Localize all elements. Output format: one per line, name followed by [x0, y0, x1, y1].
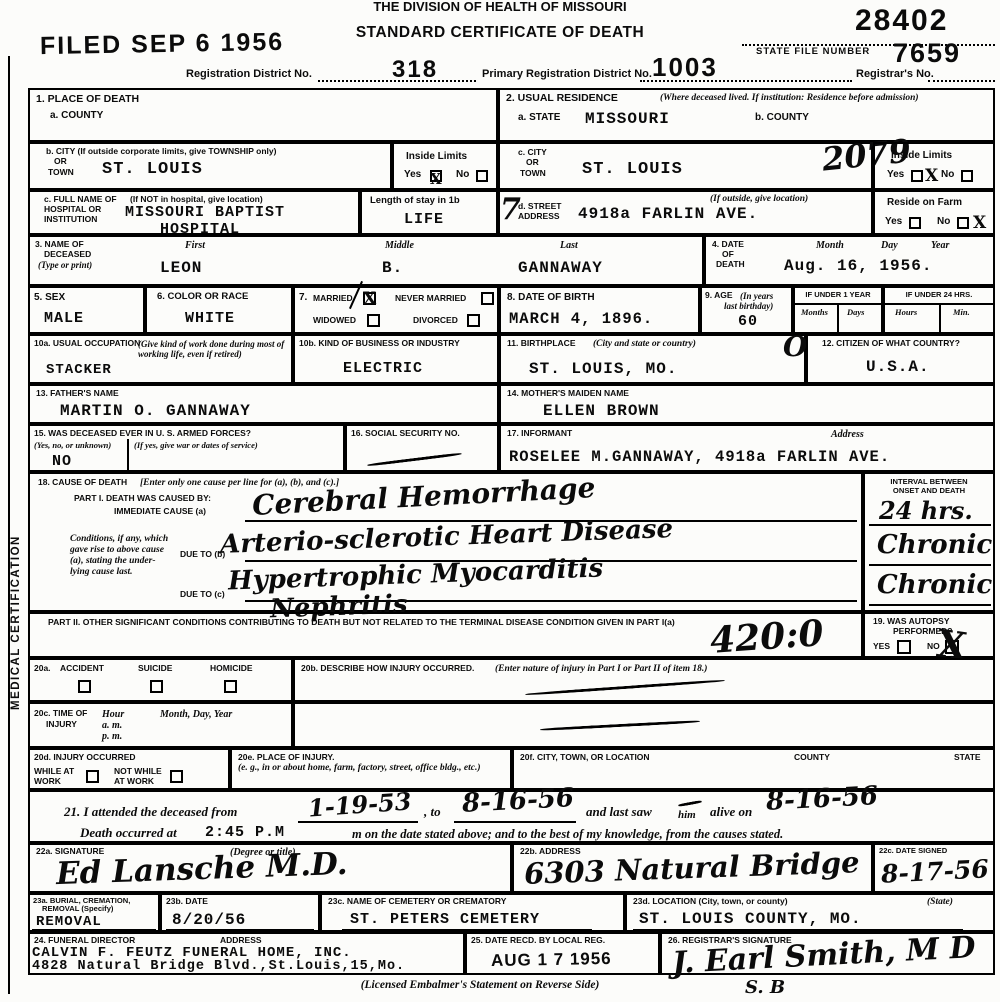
box-inside-limits-2c: Inside Limits Yes X No	[873, 142, 995, 190]
no-checkbox	[961, 170, 973, 182]
interval-line	[869, 604, 991, 606]
married-label: MARRIED	[313, 294, 353, 304]
attestation-text-4: alive on	[710, 804, 752, 820]
burial-date-label: 23b. DATE	[166, 897, 208, 907]
length-of-stay-value: LIFE	[404, 211, 444, 228]
box-date-of-birth: 8. DATE OF BIRTH MARCH 4, 1896.	[499, 286, 700, 334]
attestation-text-5: Death occurred at	[80, 825, 177, 841]
hw-interval-b: Chronic	[877, 530, 992, 560]
box-if-under-1-year: IF UNDER 1 YEAR Months Days	[793, 286, 883, 334]
box-accident-suicide-homicide: 20a. ACCIDENT SUICIDE HOMICIDE	[28, 658, 293, 702]
hw-last-seen: 8-16-56	[765, 781, 878, 817]
city-of-death-value: ST. LOUIS	[102, 160, 203, 179]
hw-attended-to: 8-16-56	[461, 783, 574, 819]
fill-line	[32, 973, 452, 975]
box-place-of-death: 1. PLACE OF DEATH a. COUNTY	[28, 88, 498, 142]
informant-label: 17. INFORMANT	[507, 429, 572, 439]
box20a-num: 20a.	[34, 664, 51, 674]
burial-location-value: ST. LOUIS COUNTY, MO.	[639, 910, 862, 928]
injury-county-label: COUNTY	[794, 753, 830, 763]
box-date-of-death: 4. DATE OF DEATH Month Day Year Aug. 16,…	[704, 235, 995, 286]
residence-state-label: a. STATE	[518, 112, 560, 123]
box-birthplace: 11. BIRTHPLACE (City and state or countr…	[499, 334, 806, 384]
fathers-name-label: 13. FATHER'S NAME	[36, 389, 119, 399]
at-work-label: AT WORK	[114, 777, 154, 787]
cemetery-value: ST. PETERS CEMETERY	[350, 911, 540, 928]
last-name-value: GANNAWAY	[518, 259, 603, 277]
describe-injury-hint: (Enter nature of injury in Part I or Par…	[495, 664, 707, 674]
middle-name-value: B.	[382, 259, 403, 277]
scribble-mark	[678, 800, 702, 807]
age-value: 60	[738, 313, 758, 330]
inside-limits-mark: X	[925, 166, 938, 186]
county-label: a. COUNTY	[50, 110, 103, 121]
box-attestation: 21. I attended the deceased from 1-19-53…	[28, 790, 995, 843]
embalmer-note: (Licensed Embalmer's Statement on Revers…	[250, 979, 710, 991]
business-label: 10b. KIND OF BUSINESS OR INDUSTRY	[299, 339, 460, 349]
box-length-of-stay: Length of stay in 1b LIFE	[360, 190, 498, 235]
fill-line	[342, 929, 592, 931]
box-if-under-24-hrs: IF UNDER 24 HRS. Hours Min.	[883, 286, 995, 334]
informant-address-label: Address	[831, 429, 864, 440]
burial-type-value: REMOVAL	[36, 914, 102, 930]
date-of-death-value: Aug. 16, 1956.	[784, 257, 932, 275]
time-of-injury-label-2: INJURY	[46, 720, 77, 730]
first-name-value: LEON	[160, 259, 202, 277]
box-hospital-name: c. FULL NAME OF (If NOT in hospital, giv…	[28, 190, 360, 235]
hw-interval-c: Chronic	[877, 570, 992, 600]
widowed-checkbox	[367, 314, 380, 327]
date-signed-label: 22c. DATE SIGNED	[879, 847, 947, 856]
business-value: ELECTRIC	[343, 360, 423, 377]
hospital-value-line1: MISSOURI BAPTIST	[125, 204, 285, 221]
death-certificate-sheet: FILED SEP 6 1956 THE DIVISION OF HEALTH …	[0, 0, 1000, 1002]
hw-part2-entry: 420:0	[709, 612, 825, 662]
time-of-injury-label-1: 20c. TIME OF	[34, 709, 87, 719]
box-place-of-injury: 20e. PLACE OF INJURY. (e. g., in or abou…	[230, 748, 512, 790]
yes-label: Yes	[404, 169, 421, 180]
box-date-received: 25. DATE RECD. BY LOCAL REG. AUG 1 7 195…	[465, 932, 660, 975]
inside-limits-label: Inside Limits	[891, 150, 952, 161]
accident-checkbox	[78, 680, 91, 693]
fill-line	[166, 929, 314, 931]
color-race-value: WHITE	[185, 310, 235, 327]
box-cemetery-name: 23c. NAME OF CEMETERY OR CREMATORY ST. P…	[320, 893, 625, 932]
divider-line	[939, 303, 941, 332]
while-at-work-checkbox	[86, 770, 99, 783]
hours-label: Hours	[895, 307, 917, 317]
box-usual-occupation: 10a. USUAL OCCUPATION (Give kind of work…	[28, 334, 293, 384]
part1-label: PART I. DEATH WAS CAUSED BY:	[74, 494, 211, 504]
funeral-home-address-value: 4828 Natural Bridge Blvd.,St.Louis,15,Mo…	[32, 959, 405, 974]
medical-certification-side-label: MEDICAL CERTIFICATION	[10, 558, 22, 710]
age-label: 9. AGE	[705, 291, 733, 301]
residence-county-label: b. COUNTY	[755, 112, 809, 123]
date-of-birth-value: MARCH 4, 1896.	[509, 310, 653, 328]
yes-label: Yes	[885, 216, 902, 227]
due-to-b-label: DUE TO (b)	[180, 550, 225, 560]
armed-forces-hint-1: (Yes, no, or unknown)	[34, 440, 111, 450]
occupation-value: STACKER	[46, 362, 112, 378]
divorced-label: DIVORCED	[413, 316, 458, 326]
box-physician-address: 22b. ADDRESS 6303 Natural Bridge	[512, 843, 873, 893]
box-burial-type: 23a. BURIAL, CREMATION, REMOVAL (Specify…	[28, 893, 160, 932]
attestation-text-2: , to	[424, 804, 441, 820]
color-race-label: 6. COLOR OR RACE	[157, 292, 248, 303]
usual-residence-label: 2. USUAL RESIDENCE	[506, 93, 618, 105]
handwritten-dash	[367, 452, 462, 467]
year-label: Year	[931, 240, 949, 251]
under-24-hrs-label: IF UNDER 24 HRS.	[885, 291, 993, 300]
box-time-of-injury-entry	[293, 702, 995, 748]
describe-injury-label: 20b. DESCRIBE HOW INJURY OCCURRED.	[301, 664, 474, 674]
box-marital-status: 7. MARRIED X NEVER MARRIED WIDOWED DIVOR…	[293, 286, 499, 334]
last-label: Last	[560, 240, 578, 251]
fill-line	[454, 821, 576, 823]
box-burial-location: 23d. LOCATION (City, town, or county) (S…	[625, 893, 995, 932]
place-of-injury-label: 20e. PLACE OF INJURY.	[238, 753, 335, 763]
hospital-label3: INSTITUTION	[44, 215, 97, 225]
box-cause-of-death: 18. CAUSE OF DEATH [Enter only one cause…	[28, 472, 863, 612]
autopsy-yes-label: YES	[873, 642, 890, 652]
stamped-number: 28402	[855, 4, 948, 38]
primary-district-value: 1003	[652, 52, 718, 83]
interval-line	[869, 524, 991, 526]
box-citizen: 12. CITIZEN OF WHAT COUNTRY? U.S.A.	[806, 334, 995, 384]
city-of-death-label: b. CITY (If outside corporate limits, gi…	[46, 147, 276, 157]
never-married-checkbox	[481, 292, 494, 305]
inside-limits-label: Inside Limits	[406, 151, 467, 162]
box-reside-on-farm: Reside on Farm Yes No X	[873, 190, 995, 235]
or-label: OR	[54, 157, 67, 167]
hw-date-signed: 8-17-56	[880, 854, 989, 889]
hour-label: Hour	[102, 709, 124, 720]
work-label: WORK	[34, 777, 61, 787]
hw-registrar-initials: S. B	[745, 977, 785, 998]
not-while-at-work-checkbox	[170, 770, 183, 783]
sex-label: 5. SEX	[34, 292, 65, 303]
box-mothers-maiden-name: 14. MOTHER'S MAIDEN NAME ELLEN BROWN	[499, 384, 995, 424]
attestation-text-6: m on the date stated above; and to the b…	[352, 827, 783, 842]
box-usual-residence: 2. USUAL RESIDENCE (Where deceased lived…	[498, 88, 995, 142]
date-of-death-label-3: DEATH	[716, 260, 745, 270]
never-married-label: NEVER MARRIED	[395, 294, 466, 304]
birthplace-label: 11. BIRTHPLACE	[507, 339, 576, 349]
box-residence-city: c. CITY OR TOWN ST. LOUIS 2079	[498, 142, 873, 190]
town-label: TOWN	[520, 169, 546, 179]
no-label: No	[937, 216, 950, 227]
box-part2: PART II. OTHER SIGNIFICANT CONDITIONS CO…	[28, 612, 863, 658]
dotted-line	[928, 80, 995, 82]
birthplace-value: ST. LOUIS, MO.	[529, 360, 677, 378]
pm-label: p. m.	[102, 731, 122, 742]
date-received-label: 25. DATE RECD. BY LOCAL REG.	[471, 936, 605, 946]
injury-state-label: STATE	[954, 753, 981, 763]
box-interval: INTERVAL BETWEEN ONSET AND DEATH 24 hrs.…	[863, 472, 995, 612]
box-registrar-signature: 26. REGISTRAR'S SIGNATURE J. Earl Smith,…	[660, 932, 995, 975]
registration-district-value: 318	[392, 56, 438, 84]
box-city-of-death: b. CITY (If outside corporate limits, gi…	[28, 142, 392, 190]
yes-checkbox	[909, 217, 921, 229]
citizen-label: 12. CITIZEN OF WHAT COUNTRY?	[822, 339, 960, 349]
sex-value: MALE	[44, 310, 84, 327]
box-physician-signature: 22a. SIGNATURE (Degree or title) Ed Lans…	[28, 843, 512, 893]
handwritten-dash	[540, 720, 700, 731]
him-label: him	[678, 809, 696, 821]
box-injury-city: 20f. CITY, TOWN, OR LOCATION COUNTY STAT…	[512, 748, 995, 790]
first-label: First	[185, 240, 205, 251]
mothers-name-value: ELLEN BROWN	[543, 402, 660, 420]
street-hint: (If outside, give location)	[710, 194, 808, 204]
burial-label-2: REMOVAL (Specify)	[42, 905, 113, 914]
divider-line	[837, 303, 839, 332]
occupation-label: 10a. USUAL OCCUPATION	[34, 339, 140, 349]
filed-date-stamp: FILED SEP 6 1956	[40, 28, 285, 61]
box-injury-occurred: 20d. INJURY OCCURRED WHILE AT WORK NOT W…	[28, 748, 230, 790]
box-autopsy: 19. WAS AUTOPSY PERFORMED? YES NO X	[863, 612, 995, 658]
place-of-death-label: 1. PLACE OF DEATH	[36, 94, 139, 106]
box-funeral-director: 24. FUNERAL DIRECTOR ADDRESS CALVIN F. F…	[28, 932, 465, 975]
fill-line	[633, 929, 963, 931]
length-of-stay-label: Length of stay in 1b	[370, 196, 460, 207]
registrar-no-label: Registrar's No.	[856, 68, 934, 80]
mothers-name-label: 14. MOTHER'S MAIDEN NAME	[507, 389, 629, 399]
yes-label: Yes	[887, 169, 904, 180]
birthplace-hint: (City and state or country)	[593, 339, 696, 349]
box-inside-limits-1b: Inside Limits Yes X No	[392, 142, 498, 190]
attestation-text-1: 21. I attended the deceased from	[64, 804, 237, 820]
state-file-number-value: 7659	[893, 38, 961, 69]
death-time-value: 2:45 P.M	[205, 824, 285, 841]
no-checkbox	[476, 170, 488, 182]
box-burial-date: 23b. DATE 8/20/56	[160, 893, 320, 932]
box-age: 9. AGE (In years last birthday) 60	[700, 286, 793, 334]
armed-forces-hint-2: (If yes, give war or dates of service)	[134, 440, 258, 450]
box-armed-forces: 15. WAS DECEASED EVER IN U. S. ARMED FOR…	[28, 424, 345, 472]
min-label: Min.	[953, 307, 970, 317]
suicide-label: SUICIDE	[138, 664, 172, 674]
under-1-year-label: IF UNDER 1 YEAR	[795, 291, 881, 300]
homicide-checkbox	[224, 680, 237, 693]
handwritten-o-mark: O	[783, 330, 807, 363]
name-label-3: (Type or print)	[38, 260, 92, 270]
date-received-stamp: AUG 1 7 1956	[491, 949, 612, 971]
fathers-name-value: MARTIN O. GANNAWAY	[60, 402, 251, 420]
state-hint: (State)	[927, 897, 953, 907]
reside-on-farm-label: Reside on Farm	[887, 197, 962, 208]
box-business-industry: 10b. KIND OF BUSINESS OR INDUSTRY ELECTR…	[293, 334, 499, 384]
autopsy-yes-checkbox	[897, 640, 911, 654]
injury-occurred-label: 20d. INJURY OCCURRED	[34, 753, 136, 763]
month-day-year-label: Month, Day, Year	[160, 709, 232, 720]
box-sex: 5. SEX MALE	[28, 286, 145, 334]
burial-location-label: 23d. LOCATION (City, town, or county)	[633, 897, 788, 907]
street-address-value: 4918a FARLIN AVE.	[578, 205, 758, 223]
interval-label-2: ONSET AND DEATH	[865, 487, 993, 496]
middle-label: Middle	[385, 240, 414, 251]
homicide-label: HOMICIDE	[210, 664, 253, 674]
months-label: Months	[801, 307, 828, 317]
armed-forces-value: NO	[52, 453, 72, 470]
burial-date-value: 8/20/56	[172, 911, 246, 929]
divider-line	[127, 439, 129, 471]
yes-checkbox	[911, 170, 923, 182]
box-fathers-name: 13. FATHER'S NAME MARTIN O. GANNAWAY	[28, 384, 499, 424]
suicide-checkbox	[150, 680, 163, 693]
handwritten-dash	[525, 679, 725, 696]
box-describe-injury: 20b. DESCRIBE HOW INJURY OCCURRED. (Ente…	[293, 658, 995, 702]
injury-city-label: 20f. CITY, TOWN, OR LOCATION	[520, 753, 650, 763]
marital-num: 7.	[299, 292, 307, 303]
cemetery-label: 23c. NAME OF CEMETERY OR CREMATORY	[328, 897, 506, 907]
residence-city-value: ST. LOUIS	[582, 160, 683, 179]
month-label: Month	[816, 240, 844, 251]
outer-left-border	[8, 56, 10, 994]
days-label: Days	[847, 307, 864, 317]
farm-no-mark: X	[973, 213, 986, 233]
town-label: TOWN	[48, 168, 74, 178]
date-of-birth-label: 8. DATE OF BIRTH	[507, 292, 595, 303]
registration-district-label: Registration District No.	[186, 68, 312, 80]
ssn-label: 16. SOCIAL SECURITY NO.	[351, 429, 460, 439]
place-of-injury-hint: (e. g., in or about home, farm, factory,…	[238, 763, 498, 774]
occupation-hint: (Give kind of work done during most of w…	[138, 339, 288, 359]
box-social-security: 16. SOCIAL SECURITY NO.	[345, 424, 499, 472]
hw-interval-a: 24 hrs.	[879, 496, 973, 525]
conditions-hint: Conditions, if any, which gave rise to a…	[70, 534, 172, 578]
hw-attended-from: 1-19-53	[307, 786, 412, 822]
accident-label: ACCIDENT	[60, 664, 104, 674]
am-label: a. m.	[102, 720, 122, 731]
interval-line	[869, 564, 991, 566]
box-name-of-deceased: 3. NAME OF DECEASED (Type or print) Firs…	[28, 235, 704, 286]
box-street-address: 7 d. STREET ADDRESS (If outside, give lo…	[498, 190, 873, 235]
usual-residence-hint: (Where deceased lived. If institution: R…	[660, 93, 980, 103]
address-label: ADDRESS	[518, 212, 560, 222]
age-hint-1: (In years	[740, 291, 773, 301]
no-label: No	[941, 169, 954, 180]
yes-check-mark: X	[430, 170, 442, 188]
immediate-cause-label: IMMEDIATE CAUSE (a)	[114, 507, 206, 517]
division-title: THE DIVISION OF HEALTH OF MISSOURI	[330, 0, 670, 15]
due-to-c-label: DUE TO (c)	[180, 590, 225, 600]
fill-line	[32, 929, 156, 931]
informant-value: ROSELEE M.GANNAWAY, 4918a FARLIN AVE.	[509, 448, 890, 466]
residence-state-value: MISSOURI	[585, 110, 670, 128]
day-label: Day	[881, 240, 898, 251]
dotted-line	[640, 80, 852, 82]
age-hint-2: last birthday)	[724, 301, 773, 311]
citizen-value: U.S.A.	[866, 358, 930, 376]
box-color-or-race: 6. COLOR OR RACE WHITE	[145, 286, 293, 334]
no-checkbox	[957, 217, 969, 229]
no-label: No	[456, 169, 469, 180]
box-time-of-injury: 20c. TIME OF INJURY Hour a. m. p. m. Mon…	[28, 702, 293, 748]
state-file-number-label: STATE FILE NUMBER	[756, 47, 870, 58]
married-mark: X	[363, 289, 376, 309]
box-informant: 17. INFORMANT Address ROSELEE M.GANNAWAY…	[499, 424, 995, 472]
widowed-label: WIDOWED	[313, 316, 356, 326]
primary-district-label: Primary Registration District No.	[482, 68, 652, 80]
name-label-2: DECEASED	[44, 250, 91, 260]
divorced-checkbox	[467, 314, 480, 327]
armed-forces-label: 15. WAS DECEASED EVER IN U. S. ARMED FOR…	[34, 429, 251, 439]
form-title: STANDARD CERTIFICATE OF DEATH	[300, 24, 700, 41]
or-label: OR	[526, 158, 539, 168]
cause-of-death-label: 18. CAUSE OF DEATH	[38, 478, 127, 488]
attestation-text-3: and last saw	[586, 804, 652, 820]
box-date-signed: 22c. DATE SIGNED 8-17-56	[873, 843, 995, 893]
